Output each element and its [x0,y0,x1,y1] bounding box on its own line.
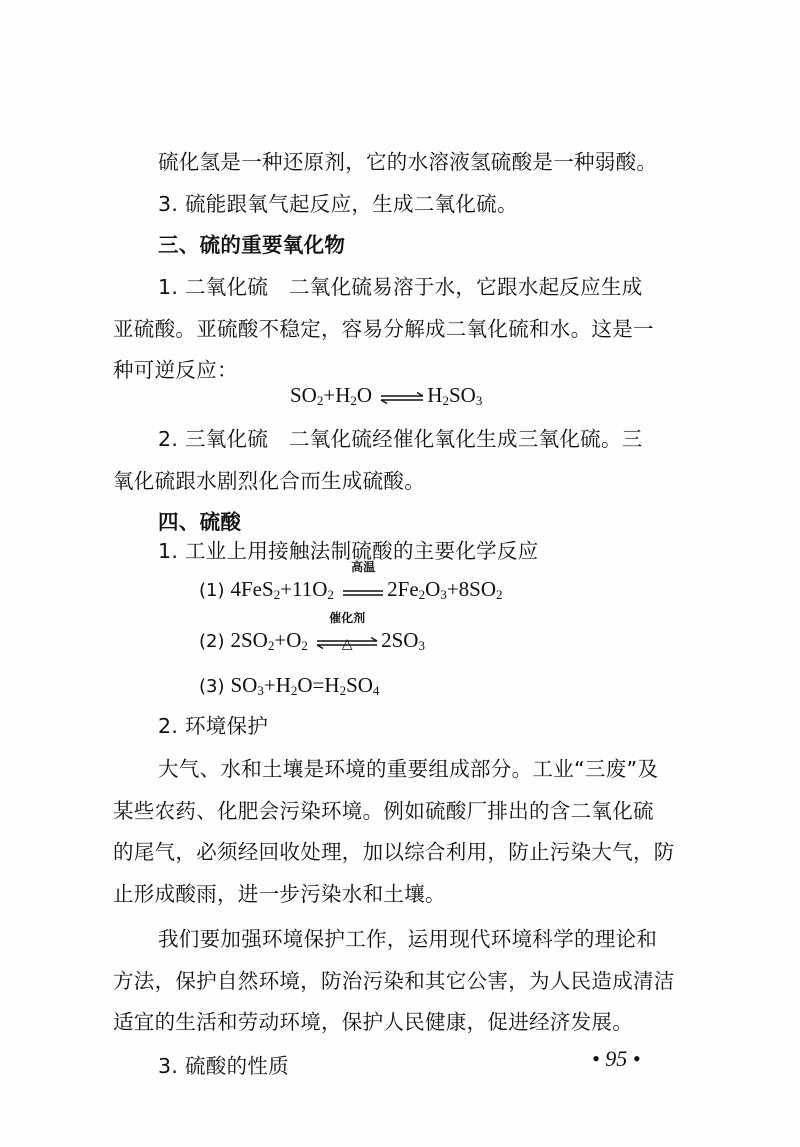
equation-1: (1)4FeS2+11O2 高温 2Fe2O3+8SO2 [199,575,503,605]
condition-high-temp: 高温 [341,560,385,574]
section-heading-4: 四、硫酸 [158,508,241,536]
paragraph-line: 种可逆反应： [113,356,238,384]
paragraph-line: 某些农药、化肥会污染环境。例如硫酸厂排出的含二氧化硫 [113,797,654,825]
condition-heat: △ [315,637,379,651]
equation-so2-water: SO2+H2O H2SO3 [290,381,482,411]
paragraph-line: 我们要加强环境保护工作，运用现代环境科学的理论和 [158,925,657,953]
item-3-sulfuric-acid-properties: 3. 硫酸的性质 [158,1052,289,1080]
paragraph-line: 氧化硫跟水剧烈化合而生成硫酸。 [113,467,425,495]
equals-arrow-icon: 高温 [341,577,385,605]
paragraph-line: 大气、水和土壤是环境的重要组成部分。工业“三废”及 [158,755,658,783]
page-number: • 95 • [592,1046,640,1072]
reversible-arrow-icon: 催化剂 △ [315,628,379,656]
paragraph-line: 止形成酸雨，进一步污染水和土壤。 [113,880,446,908]
paragraph-line: 亚硫酸。亚硫酸不稳定，容易分解成二氧化硫和水。这是一 [113,315,654,343]
paragraph-line: 适宜的生活和劳动环境，保护人民健康，促进经济发展。 [113,1008,633,1036]
paragraph-line: 硫化氢是一种还原剂，它的水溶液氢硫酸是一种弱酸。 [158,148,657,176]
paragraph-line: 的尾气，必须经回收处理，加以综合利用，防止污染大气，防 [113,838,675,866]
section-heading-3: 三、硫的重要氧化物 [158,231,345,259]
paragraph-line: 方法，保护自然环境，防治污染和其它公害，为人民造成清洁 [113,967,675,995]
equation-2: (2)2SO2+O2 催化剂 △ 2SO3 [199,626,425,656]
reversible-arrow-icon [379,383,425,411]
item-1-so2: 1. 二氧化硫 二氧化硫易溶于水，它跟水起反应生成 [158,273,643,301]
condition-catalyst: 催化剂 [315,611,379,625]
document-page: 硫化氢是一种还原剂，它的水溶液氢硫酸是一种弱酸。 3. 硫能跟氧气起反应，生成二… [113,0,685,1147]
equation-3: (3)SO3+H2O=H2SO4 [199,671,379,701]
item-2-environment: 2. 环境保护 [158,712,268,740]
item-2-so3: 2. 三氧化硫 二氧化硫经催化氧化生成三氧化硫。三 [158,425,643,453]
item-3-sulfur-oxygen: 3. 硫能跟氧气起反应，生成二氧化硫。 [158,190,518,218]
